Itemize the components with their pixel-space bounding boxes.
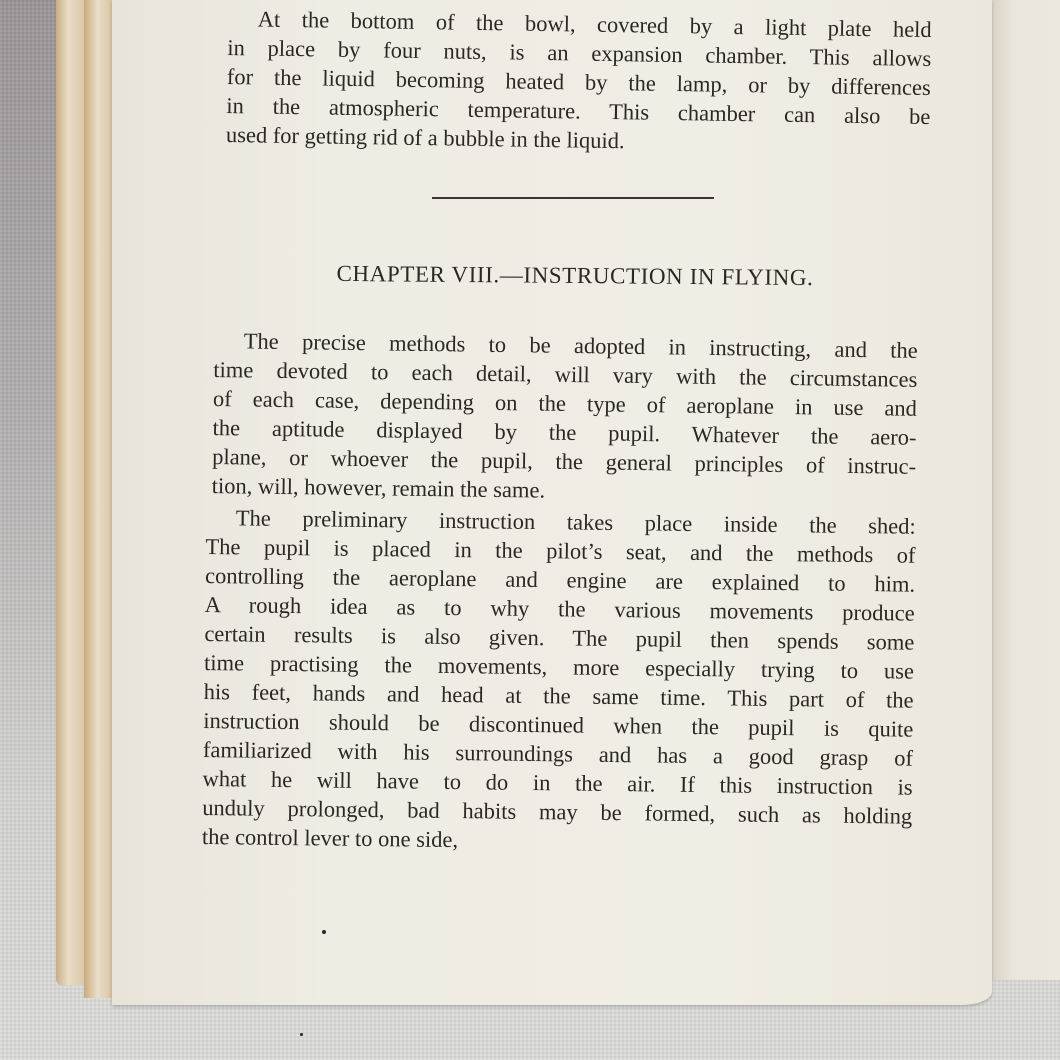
ink-speck	[322, 930, 326, 934]
page-edge-stack	[56, 0, 86, 985]
paragraph-2: The preliminary instruction takes place …	[202, 503, 916, 860]
page-edge-stack	[84, 0, 114, 998]
intro-paragraph: At the bottom of the bowl, covered by a …	[226, 4, 932, 160]
ink-speck	[300, 1033, 303, 1036]
chapter-heading: CHAPTER VIII.—INSTRUCTION IN FLYING.	[270, 260, 880, 291]
paragraph-1: The precise methods to be adopted in ins…	[212, 326, 918, 510]
section-divider	[432, 197, 714, 199]
facing-page	[992, 0, 1060, 980]
